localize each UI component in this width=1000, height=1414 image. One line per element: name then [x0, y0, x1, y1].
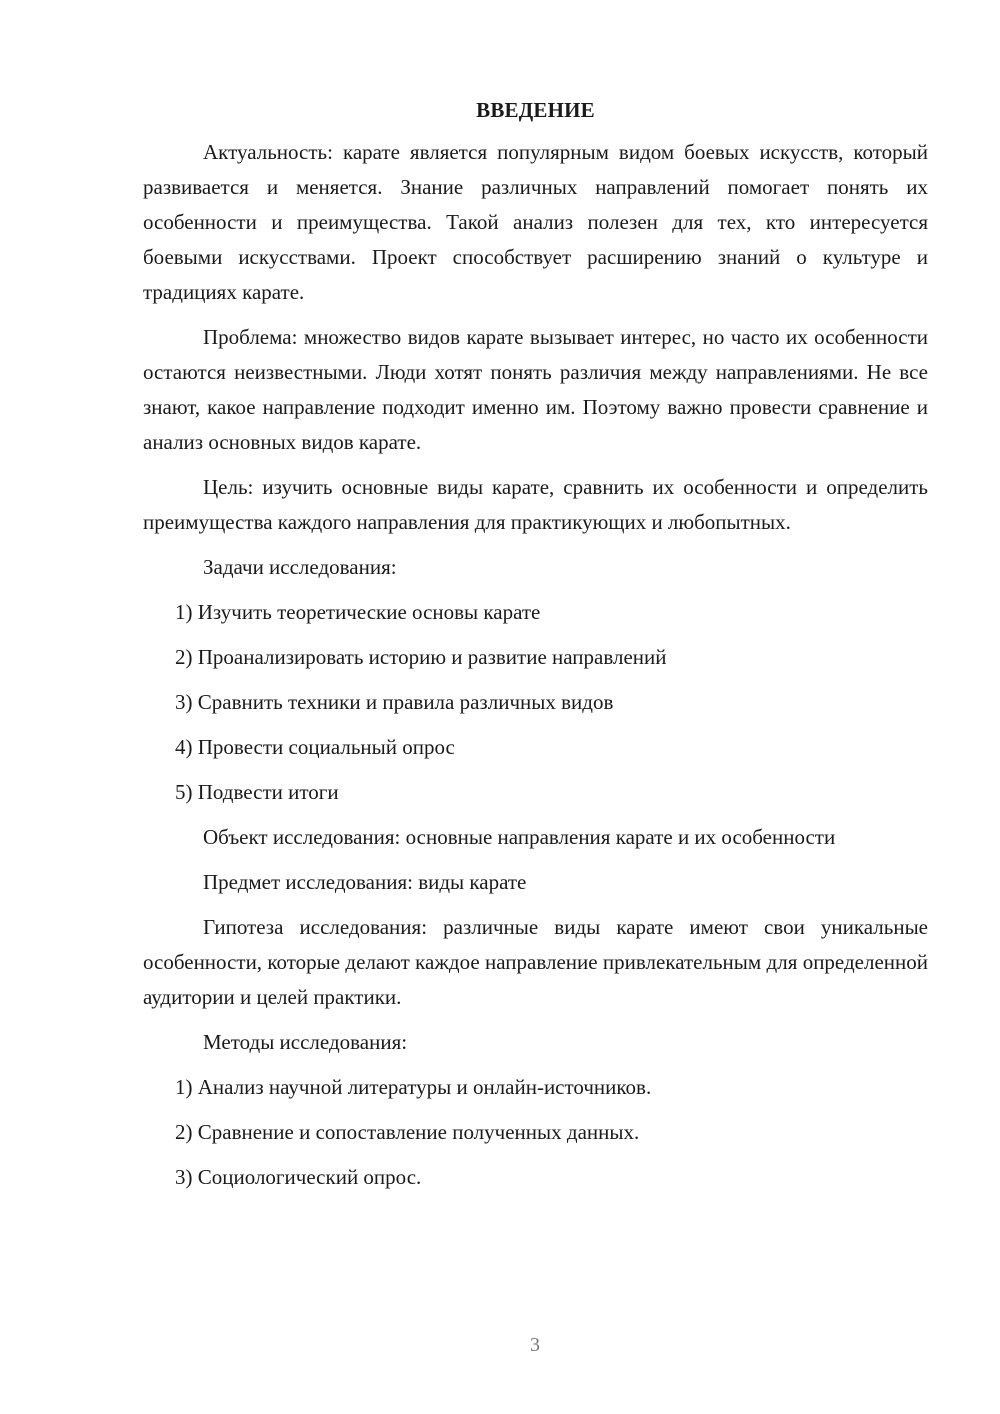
tasks-list: 1) Изучить теоретические основы карате 2…: [143, 595, 928, 810]
method-item: 2) Сравнение и сопоставление полученных …: [143, 1115, 928, 1150]
object-paragraph: Объект исследования: основные направлени…: [143, 820, 928, 855]
relevance-paragraph: Актуальность: карате является популярным…: [143, 135, 928, 310]
page-number: 3: [0, 1334, 1000, 1357]
page-content: ВВЕДЕНИЕ Актуальность: карате является п…: [143, 95, 928, 1205]
task-item: 5) Подвести итоги: [143, 775, 928, 810]
method-item: 1) Анализ научной литературы и онлайн-ис…: [143, 1070, 928, 1105]
methods-heading: Методы исследования:: [143, 1025, 928, 1060]
task-item: 4) Провести социальный опрос: [143, 730, 928, 765]
goal-paragraph: Цель: изучить основные виды карате, срав…: [143, 470, 928, 540]
method-item: 3) Социологический опрос.: [143, 1160, 928, 1195]
hypothesis-paragraph: Гипотеза исследования: различные виды ка…: [143, 910, 928, 1015]
document-page: ВВЕДЕНИЕ Актуальность: карате является п…: [0, 0, 1000, 1414]
section-title: ВВЕДЕНИЕ: [143, 95, 928, 125]
subject-paragraph: Предмет исследования: виды карате: [143, 865, 928, 900]
task-item: 3) Сравнить техники и правила различных …: [143, 685, 928, 720]
task-item: 1) Изучить теоретические основы карате: [143, 595, 928, 630]
tasks-heading: Задачи исследования:: [143, 550, 928, 585]
task-item: 2) Проанализировать историю и развитие н…: [143, 640, 928, 675]
problem-paragraph: Проблема: множество видов карате вызывае…: [143, 320, 928, 460]
methods-list: 1) Анализ научной литературы и онлайн-ис…: [143, 1070, 928, 1195]
